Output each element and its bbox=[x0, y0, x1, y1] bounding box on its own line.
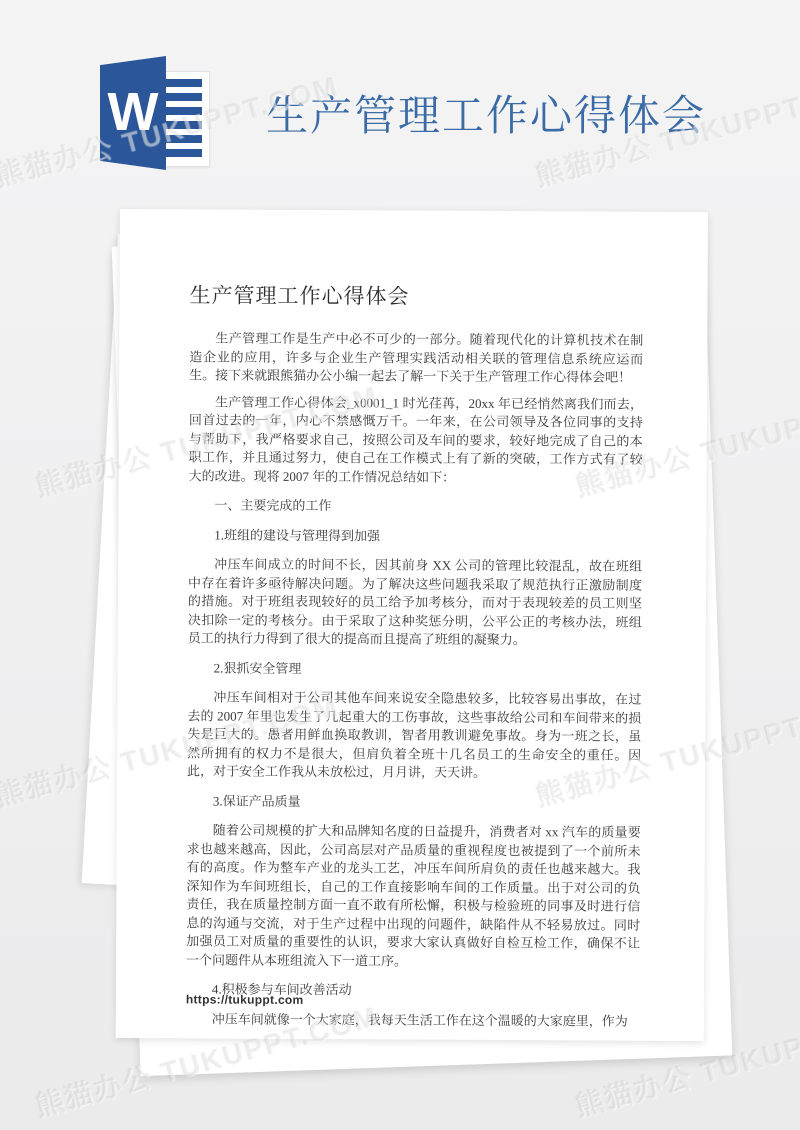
word-doc-icon: W bbox=[100, 56, 212, 170]
paragraph: 生产管理工作是生产中必不可少的一部分。随着现代化的计算机技术在制造企业的应用，许… bbox=[189, 329, 643, 387]
word-icon-line bbox=[165, 79, 202, 87]
document-body: 生产管理工作是生产中必不可少的一部分。随着现代化的计算机技术在制造企业的应用，许… bbox=[186, 329, 644, 1030]
section-heading: 一、主要完成的工作 bbox=[188, 496, 642, 517]
word-icon-letter: W bbox=[108, 85, 159, 139]
paragraph: 生产管理工作心得体会_x0001_1 时光荏苒，20xx 年已经悄然离我们而去，… bbox=[189, 393, 643, 488]
section-heading: 2.狠抓安全管理 bbox=[188, 659, 642, 680]
word-icon-flag: W bbox=[100, 56, 166, 170]
document-page: 生产管理工作心得体会 生产管理工作是生产中必不可少的一部分。随着现代化的计算机技… bbox=[116, 209, 708, 1041]
footer-link[interactable]: https://tukuppt.com bbox=[186, 992, 304, 1007]
page-title: 生产管理工作心得体会 bbox=[266, 83, 706, 143]
word-icon-line bbox=[165, 149, 202, 157]
paragraph: 随着公司规模的扩大和品牌知名度的日益提升，消费者对 xx 汽车的质量要求也越来越… bbox=[186, 821, 641, 971]
document-title: 生产管理工作心得体会 bbox=[189, 279, 643, 311]
word-icon-line bbox=[165, 135, 202, 143]
paragraph: 冲压车间相对于公司其他车间来说安全隐患较多，比较容易出事故，在过去的 2007 … bbox=[187, 688, 641, 783]
word-icon-line bbox=[165, 107, 202, 115]
page-background: W 生产管理工作心得体会 生产管理工作心得体会 生产管理工作是生产中必不可少的一… bbox=[0, 0, 800, 1130]
word-icon-line bbox=[165, 93, 202, 101]
section-heading: 3.保证产品质量 bbox=[187, 792, 641, 813]
header: W 生产管理工作心得体会 bbox=[100, 56, 706, 170]
section-heading: 1.班组的建设与管理得到加强 bbox=[188, 526, 642, 547]
paragraph: 冲压车间成立的时间不长，因其前身 XX 公司的管理比较混乱，故在班组中存在着许多… bbox=[188, 555, 642, 650]
paragraph: 冲压车间就像一个大家庭，我每天生活工作在这个温暖的大家庭里，作为 bbox=[186, 1010, 640, 1031]
word-icon-line bbox=[165, 121, 202, 129]
